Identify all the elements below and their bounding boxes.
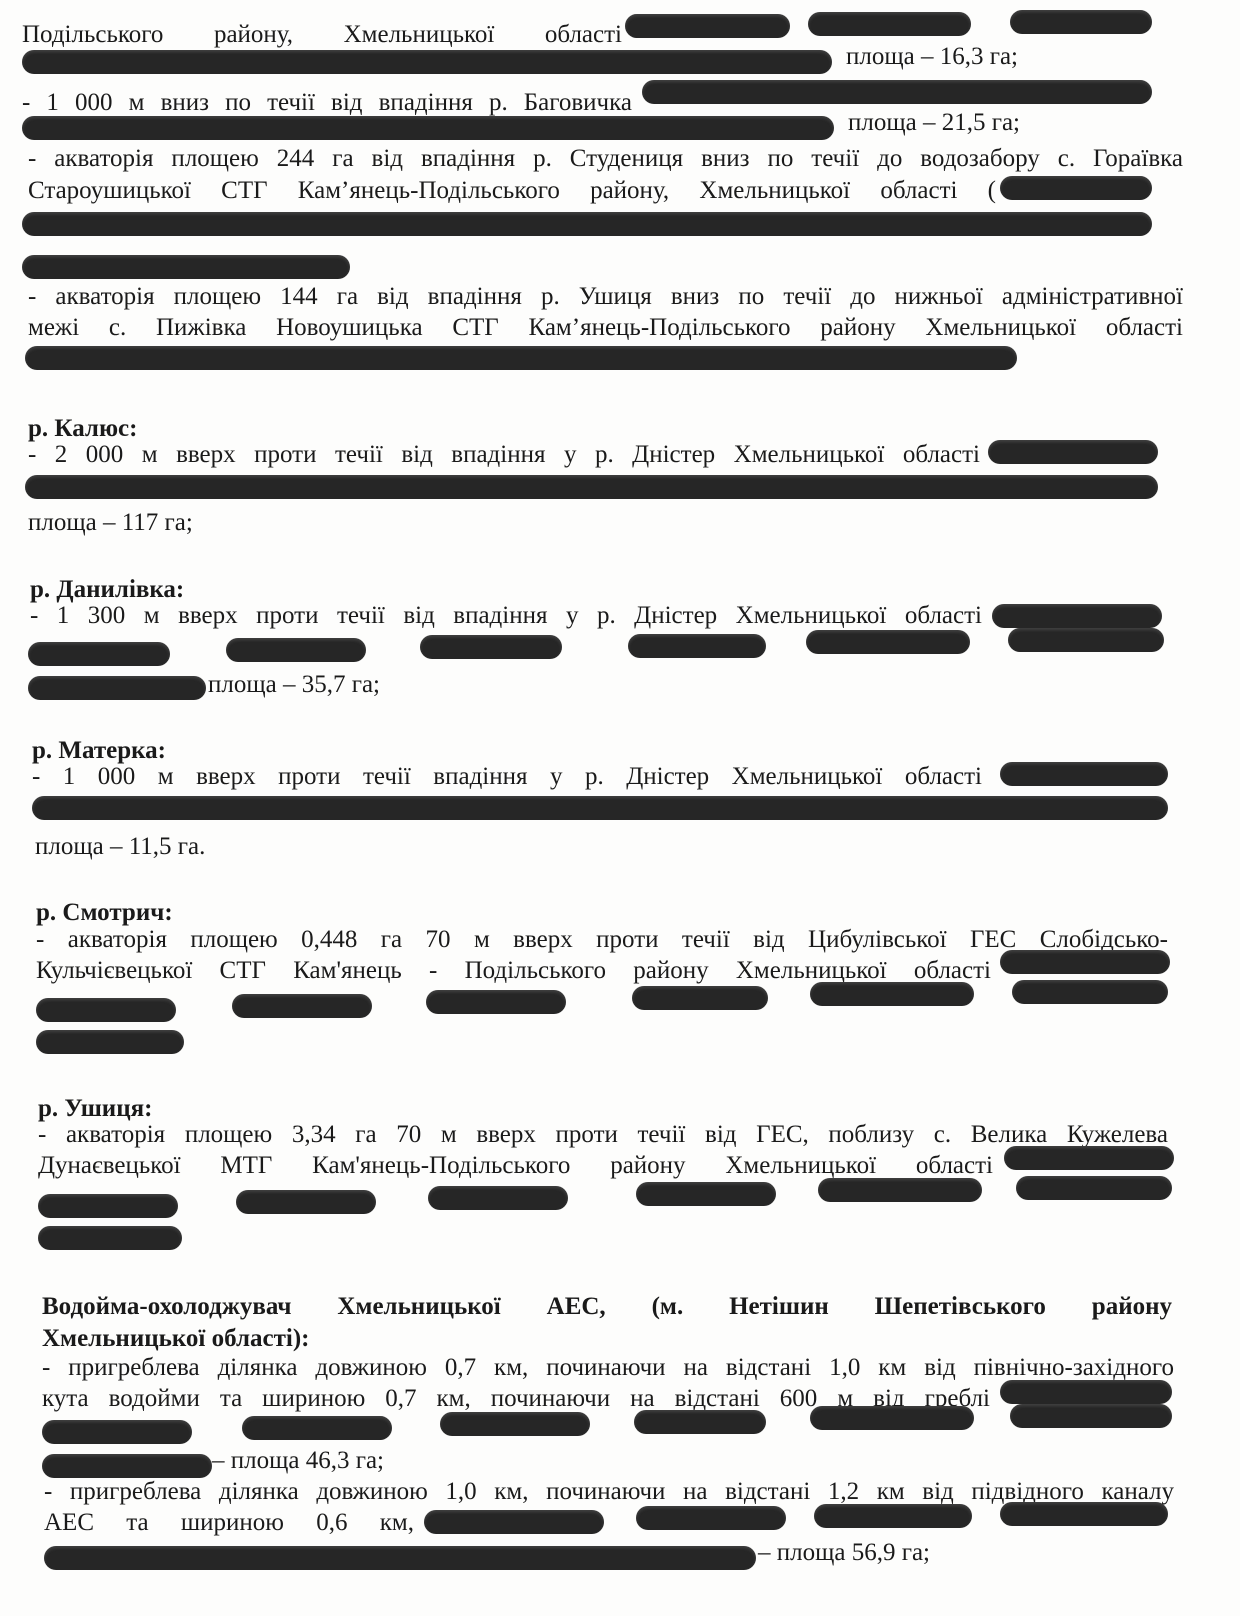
text-line: - акваторія площею 244 га від впадіння р… — [28, 144, 1183, 174]
redaction-bar — [1000, 176, 1152, 200]
text-line: - 2 000 м вверх проти течії від впадіння… — [28, 440, 980, 470]
redaction-bar — [44, 1546, 756, 1570]
redaction-bar — [808, 12, 971, 36]
text-line: - 1 000 м вверх проти течії впадіння у р… — [32, 762, 982, 792]
redaction-bar — [1010, 10, 1152, 34]
redaction-bar — [36, 1030, 184, 1054]
redaction-bar — [992, 604, 1162, 628]
text-line: - 1 300 м вверх проти течії від впадіння… — [30, 601, 982, 631]
redaction-bar — [25, 346, 1017, 370]
redaction-bar — [426, 990, 566, 1014]
redaction-bar — [806, 630, 970, 654]
redaction-bar — [232, 994, 372, 1018]
text-line: - акваторія площею 144 га від впадіння р… — [28, 282, 1183, 312]
text-line: - акваторія площею 3,34 га 70 м вверх пр… — [38, 1120, 1168, 1150]
reservoir-heading: Водойма-охолоджувач Хмельницької АЕС, (м… — [42, 1292, 1172, 1322]
redaction-bar — [636, 1182, 776, 1206]
redaction-bar — [636, 1506, 786, 1530]
redaction-bar — [988, 440, 1158, 464]
text-line: АЕС та шириною 0,6 км, — [44, 1508, 414, 1538]
redaction-bar — [22, 50, 832, 74]
redaction-bar — [22, 116, 834, 140]
text-line: межі с. Пижівка Новоушицька СТГ Кам’янец… — [28, 313, 1183, 343]
redaction-bar — [642, 80, 1152, 104]
text-line: Дунаєвецької МТГ Кам'янець-Подільського … — [38, 1151, 993, 1181]
redaction-bar — [440, 1412, 590, 1436]
river-heading: р. Смотрич: — [36, 898, 173, 928]
redaction-bar — [428, 1186, 568, 1210]
redaction-bar — [634, 1410, 766, 1434]
text-line: Староушицької СТГ Кам’янець-Подільського… — [28, 176, 996, 206]
text-line: - акваторія площею 0,448 га 70 м вверх п… — [36, 925, 1168, 955]
redaction-bar — [226, 638, 366, 662]
redaction-bar — [28, 676, 206, 700]
text-line: Подільського району, Хмельницької област… — [22, 20, 622, 50]
redaction-bar — [25, 475, 1158, 499]
area-value: – площа 56,9 га; — [758, 1538, 930, 1568]
redaction-bar — [632, 986, 768, 1010]
redaction-bar — [810, 1406, 974, 1430]
text-line: - пригреблева ділянка довжиною 1,0 км, п… — [44, 1477, 1174, 1507]
redaction-bar — [420, 635, 562, 659]
redaction-bar — [242, 1416, 392, 1440]
redaction-bar — [810, 982, 974, 1006]
redaction-bar — [1004, 1146, 1174, 1170]
redaction-bar — [1012, 980, 1168, 1004]
redaction-bar — [38, 1226, 182, 1250]
redaction-bar — [42, 1420, 192, 1444]
redaction-bar — [42, 1454, 212, 1478]
area-value: площа – 11,5 га. — [35, 832, 205, 862]
text-line: - 1 000 м вниз по течії від впадіння р. … — [22, 88, 632, 118]
area-value: площа – 16,3 га; — [846, 42, 1018, 72]
redaction-bar — [38, 1194, 178, 1218]
area-value: – площа 46,3 га; — [212, 1446, 384, 1476]
redaction-bar — [424, 1510, 604, 1534]
redaction-bar — [1010, 1404, 1172, 1428]
redaction-bar — [32, 796, 1168, 820]
redaction-bar — [818, 1178, 982, 1202]
redaction-bar — [1000, 762, 1168, 786]
text-line: - пригреблева ділянка довжиною 0,7 км, п… — [42, 1353, 1174, 1383]
redaction-bar — [36, 998, 176, 1022]
redaction-bar — [22, 255, 350, 279]
redaction-bar — [1000, 1502, 1168, 1526]
redaction-bar — [1000, 950, 1170, 974]
area-value: площа – 117 га; — [28, 508, 193, 538]
redaction-bar — [1000, 1380, 1172, 1404]
redaction-bar — [1016, 1176, 1172, 1200]
reservoir-heading: Хмельницької області): — [42, 1324, 310, 1354]
redaction-bar — [814, 1504, 972, 1528]
redaction-bar — [1008, 628, 1164, 652]
redaction-bar — [625, 14, 790, 38]
redaction-bar — [22, 212, 1152, 236]
redaction-bar — [628, 634, 766, 658]
document-page: Подільського району, Хмельницької област… — [0, 0, 1240, 1616]
redaction-bar — [236, 1190, 376, 1214]
area-value: площа – 35,7 га; — [208, 670, 380, 700]
area-value: площа – 21,5 га; — [848, 108, 1020, 138]
redaction-bar — [28, 642, 170, 666]
